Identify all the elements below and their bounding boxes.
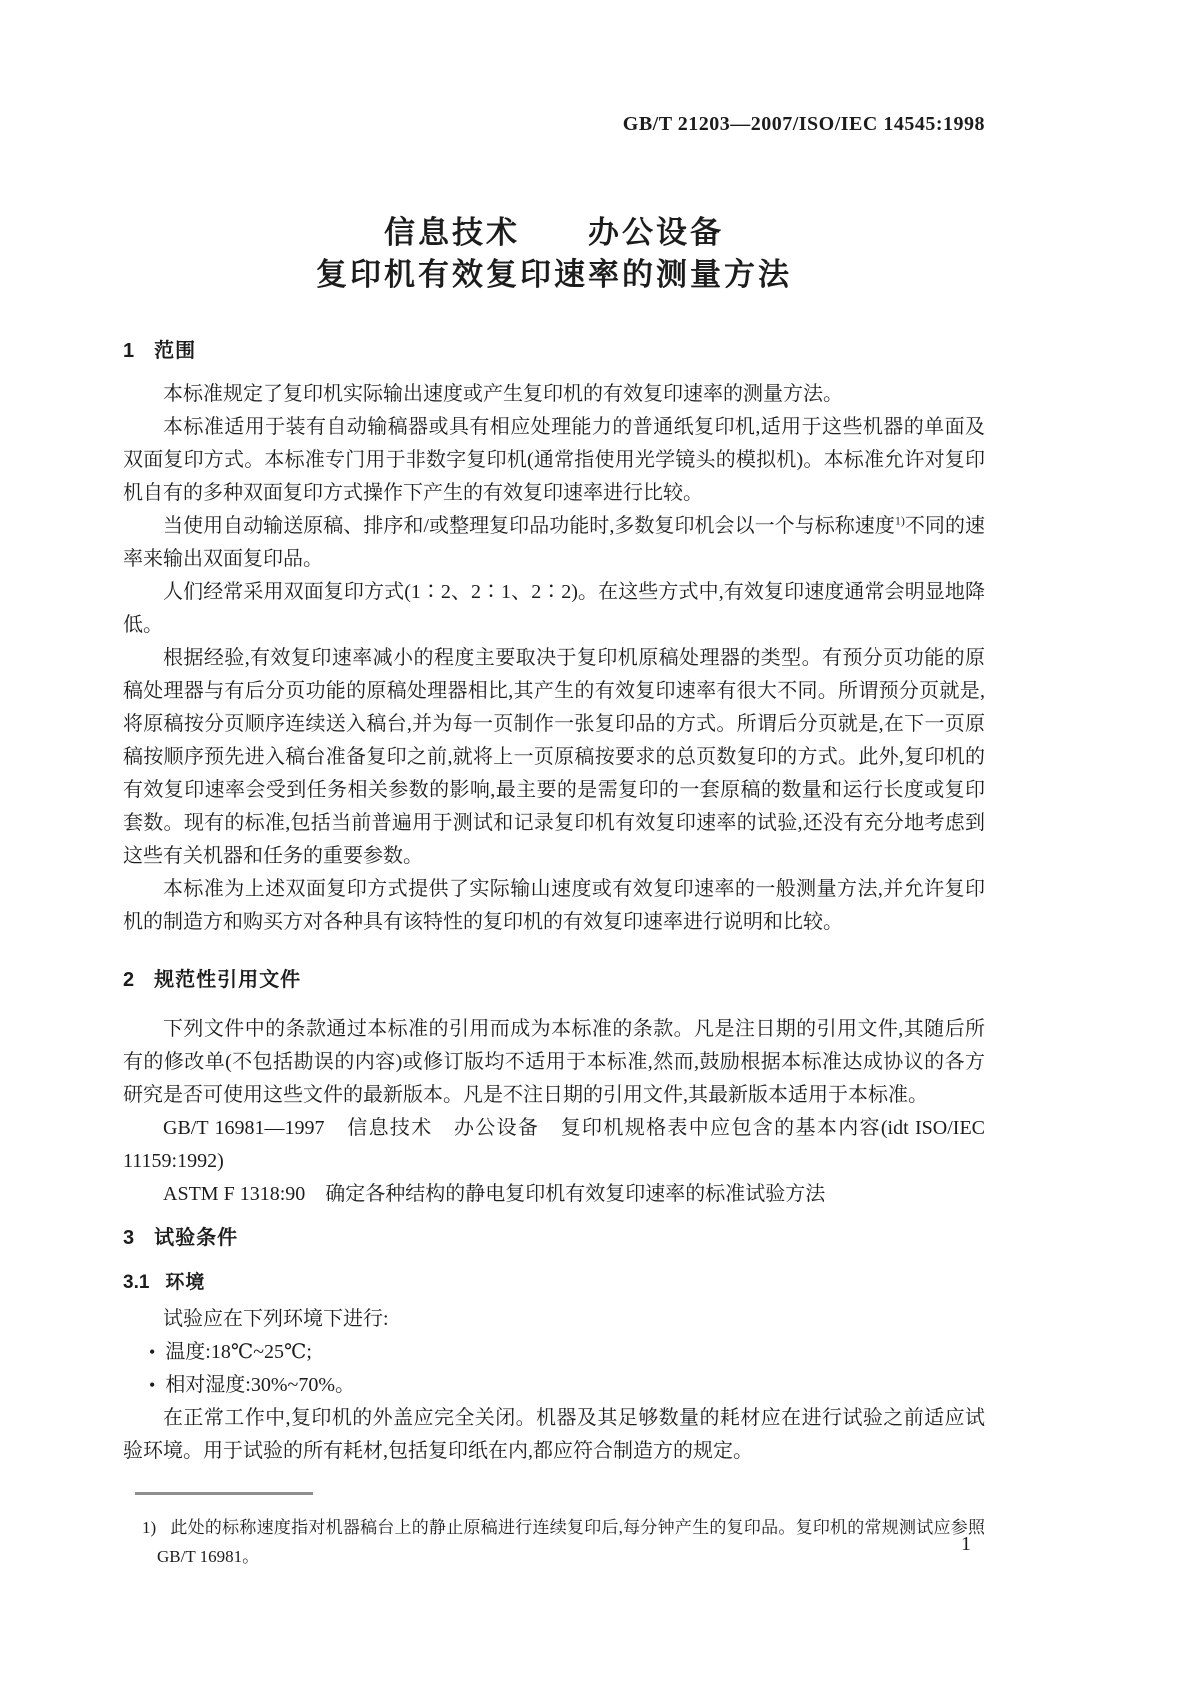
paragraph-scope-6: 本标准为上述双面复印方式提供了实际输山速度或有效复印速率的一般测量方法,并允许复… [123, 873, 985, 939]
paragraph-environment-intro: 试验应在下列环境下进行: [123, 1303, 985, 1336]
section3-number: 3 [123, 1227, 134, 1249]
paragraph-scope-4: 人们经常采用双面复印方式(1∶2、2∶1、2∶2)。在这些方式中,有效复印速度通… [123, 576, 985, 642]
section3-1-heading: 3.1环境 [123, 1271, 985, 1295]
footnote-text: 此处的标称速度指对机器稿台上的静止原稿进行连续复印后,每分钟产生的复印品。复印机… [157, 1518, 985, 1566]
section3-1-number: 3.1 [123, 1272, 149, 1293]
paragraph-scope-1: 本标准规定了复印机实际输出速度或产生复印机的有效复印速率的测量方法。 [123, 378, 985, 411]
paragraph-scope-3: 当使用自动输送原稿、排序和/或整理复印品功能时,多数复印机会以一个与标称速度1)… [123, 510, 985, 576]
section2-heading: 2规范性引用文件 [123, 967, 985, 993]
footnote: 1)此处的标称速度指对机器稿台上的静止原稿进行连续复印后,每分钟产生的复印品。复… [123, 1513, 985, 1571]
reference-entry-2: ASTM F 1318:90 确定各种结构的静电复印机有效复印速率的标准试验方法 [123, 1178, 985, 1211]
section1-heading: 1范围 [123, 338, 985, 364]
paragraph-references-intro: 下列文件中的条款通过本标准的引用而成为本标准的条款。凡是注日期的引用文件,其随后… [123, 1013, 985, 1112]
document-page: GB/T 21203—2007/ISO/IEC 14545:1998 信息技术 … [0, 0, 1191, 1684]
standard-code-header: GB/T 21203—2007/ISO/IEC 14545:1998 [123, 0, 985, 138]
paragraph-environment-conditions: 在正常工作中,复印机的外盖应完全关闭。机器及其足够数量的耗材应在进行试验之前适应… [123, 1402, 985, 1468]
section1-title: 范围 [154, 340, 196, 362]
document-title: 信息技术 办公设备 复印机有效复印速率的测量方法 [123, 212, 985, 296]
reference-entry-1: GB/T 16981—1997 信息技术 办公设备 复印机规格表中应包含的基本内… [123, 1112, 985, 1178]
page-content: GB/T 21203—2007/ISO/IEC 14545:1998 信息技术 … [123, 0, 985, 1571]
section2-number: 2 [123, 969, 134, 991]
footnote-marker: 1) [142, 1518, 156, 1537]
section3-1-title: 环境 [165, 1272, 205, 1293]
bullet-icon: • [149, 1336, 155, 1369]
paragraph-scope-2: 本标准适用于装有自动输稿器或具有相应处理能力的普通纸复印机,适用于这些机器的单面… [123, 411, 985, 510]
footnote-reference-mark: 1) [895, 513, 905, 527]
list-item-humidity: •相对湿度:30%~70%。 [123, 1369, 985, 1402]
section2-title: 规范性引用文件 [154, 969, 301, 991]
document-title-line1: 信息技术 办公设备 [123, 212, 985, 254]
paragraph-scope-3-text: 当使用自动输送原稿、排序和/或整理复印品功能时,多数复印机会以一个与标称速度 [163, 515, 895, 537]
list-item-humidity-text: 相对湿度:30%~70%。 [165, 1374, 355, 1396]
paragraph-scope-5: 根据经验,有效复印速率减小的程度主要取决于复印机原稿处理器的类型。有预分页功能的… [123, 642, 985, 873]
section3-heading: 3试验条件 [123, 1225, 985, 1251]
list-item-temperature: •温度:18℃~25℃; [123, 1336, 985, 1369]
document-title-line2: 复印机有效复印速率的测量方法 [123, 254, 985, 296]
section1-number: 1 [123, 340, 134, 362]
page-number: 1 [961, 1532, 971, 1556]
bullet-icon: • [149, 1369, 155, 1402]
list-item-temperature-text: 温度:18℃~25℃; [165, 1341, 312, 1363]
section3-title: 试验条件 [154, 1227, 238, 1249]
footnote-divider [135, 1492, 313, 1495]
